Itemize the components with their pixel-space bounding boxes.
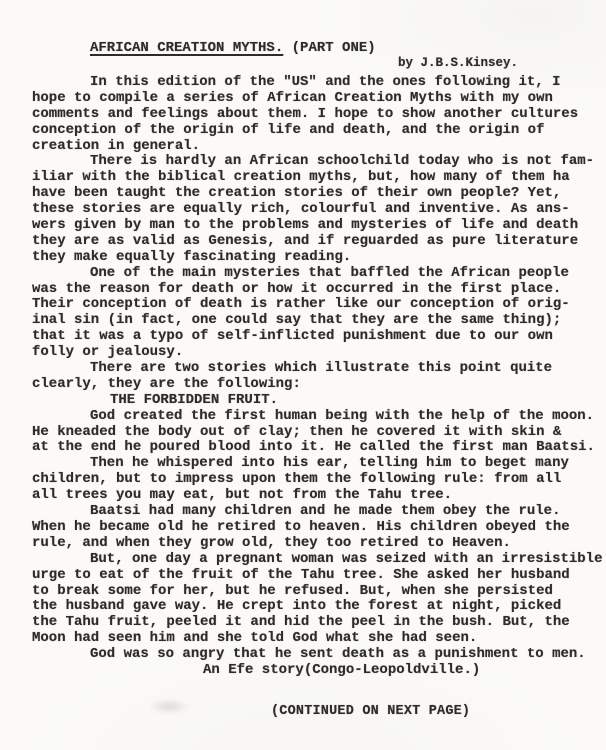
text-line: Then he whispered into his ear, telling … bbox=[32, 456, 606, 472]
text-line: clearly, they are the following: bbox=[32, 377, 606, 393]
document-title: AFRICAN CREATION MYTHS. bbox=[90, 40, 283, 56]
document-text-block: AFRICAN CREATION MYTHS. (PART ONE) by J.… bbox=[32, 40, 606, 679]
text-line: folly or jealousy. bbox=[32, 345, 606, 361]
text-line: Moon had seen him and she told God what … bbox=[32, 631, 606, 647]
text-line: God was so angry that he sent death as a… bbox=[32, 647, 606, 663]
document-title-suffix: (PART ONE) bbox=[283, 40, 375, 56]
text-line: conception of the origin of life and dea… bbox=[32, 123, 606, 139]
text-line: children, but to impress upon them the f… bbox=[32, 472, 606, 488]
continued-footer: (CONTINUED ON NEXT PAGE) bbox=[271, 704, 470, 719]
text-line: God created the first human being with t… bbox=[32, 409, 606, 425]
text-line: In this edition of the "US" and the ones… bbox=[32, 75, 606, 91]
document-byline: by J.B.S.Kinsey. bbox=[32, 56, 606, 71]
text-line: iliar with the biblical creation myths, … bbox=[32, 170, 606, 186]
ink-smudge bbox=[148, 699, 190, 714]
text-line: all trees you may eat, but not from the … bbox=[32, 488, 606, 504]
story-heading-line: THE FORBIDDEN FRUIT. bbox=[32, 393, 606, 409]
text-line: Baatsi had many children and he made the… bbox=[32, 504, 606, 520]
text-line: these stories are equally rich, colourfu… bbox=[32, 202, 606, 218]
text-line: When he became old he retired to heaven.… bbox=[32, 520, 606, 536]
text-line: hope to compile a series of African Crea… bbox=[32, 91, 606, 107]
text-line: inal sin (in fact, one could say that th… bbox=[32, 313, 606, 329]
text-line: There is hardly an African schoolchild t… bbox=[32, 154, 606, 170]
text-line: Their conception of death is rather like… bbox=[32, 297, 606, 313]
document-title-line: AFRICAN CREATION MYTHS. (PART ONE) bbox=[32, 40, 606, 56]
text-line: they make equally fascinating reading. bbox=[32, 250, 606, 266]
document-body-lines: In this edition of the "US" and the ones… bbox=[32, 75, 606, 679]
text-line: There are two stories which illustrate t… bbox=[32, 361, 606, 377]
text-line: to break some for her, but he refused. B… bbox=[32, 584, 606, 600]
text-line: the husband gave way. He crept into the … bbox=[32, 599, 606, 615]
text-line: comments and feelings about them. I hope… bbox=[32, 107, 606, 123]
text-line: wers given by man to the problems and my… bbox=[32, 218, 606, 234]
text-line: But, one day a pregnant woman was seized… bbox=[32, 552, 606, 568]
text-line: the Tahu fruit, peeled it and hid the pe… bbox=[32, 615, 606, 631]
text-line: have been taught the creation stories of… bbox=[32, 186, 606, 202]
text-line: urge to eat of the fruit of the Tahu tre… bbox=[32, 568, 606, 584]
text-line: One of the main mysteries that baffled t… bbox=[32, 266, 606, 282]
text-line: at the end he poured blood into it. He c… bbox=[32, 440, 606, 456]
text-line: that it was a typo of self-inflicted pun… bbox=[32, 329, 606, 345]
text-line: rule, and when they grow old, they too r… bbox=[32, 536, 606, 552]
scanned-document-page: AFRICAN CREATION MYTHS. (PART ONE) by J.… bbox=[0, 0, 606, 750]
text-line: they are as valid as Genesis, and if reg… bbox=[32, 234, 606, 250]
story-attribution-line: An Efe story(Congo-Leopoldville.) bbox=[32, 663, 606, 679]
